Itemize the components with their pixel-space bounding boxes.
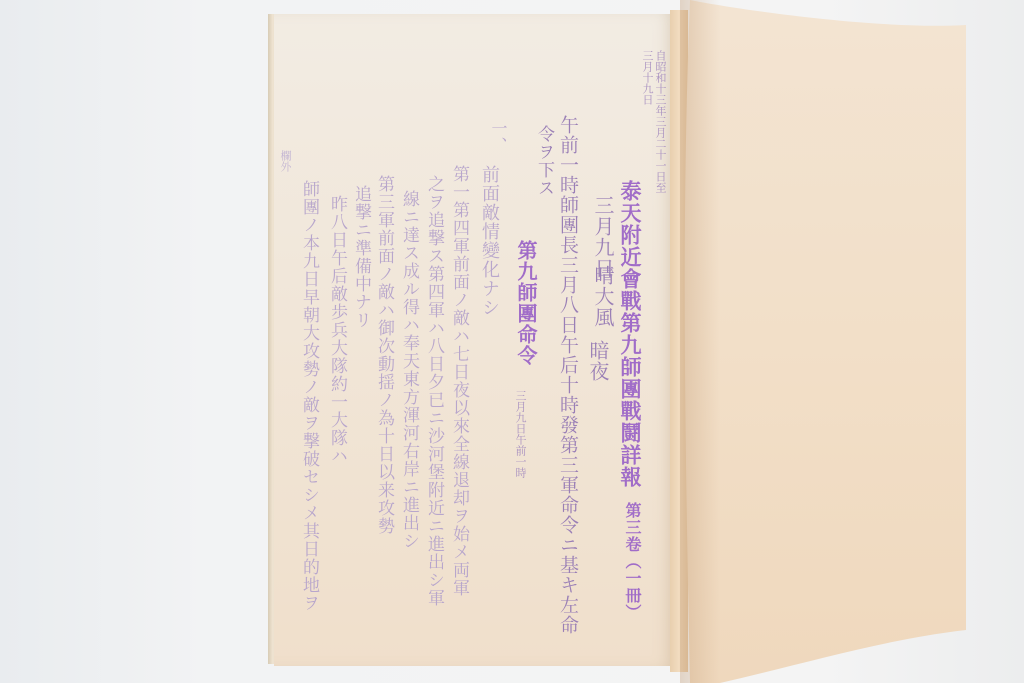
body-line-2: 令ヲ下ス xyxy=(535,125,552,197)
body-line-10: 師團ノ本九日早朝大攻勢ノ敵ヲ撃破セシメ其日的地ヲ xyxy=(300,180,317,612)
handwritten-text-area: 自昭和十三年三月二十一日至 三月十九日 泰天附近會戰第九師團戰鬪詳報 第三卷（一… xyxy=(290,40,675,660)
weather-2: 暗夜 xyxy=(588,340,608,382)
order-time: 三月九日午前一時 xyxy=(515,390,526,478)
open-book: 自昭和十三年三月二十一日至 三月十九日 泰天附近會戰第九師團戰鬪詳報 第三卷（一… xyxy=(0,0,1024,683)
body-line-9: 昨八日午后敵歩兵大隊約一大隊ハ xyxy=(328,195,345,465)
body-line-5: 之ヲ追撃ス第四軍ハ八日夕已ニ沙河堡附近ニ進出シ軍 xyxy=(425,175,442,607)
header-note-2: 三月十九日 xyxy=(642,50,653,105)
weather-1: 晴大風 xyxy=(593,265,613,328)
body-line-8: 追撃ニ準備中ナリ xyxy=(352,185,369,329)
header-note: 自昭和十三年三月二十一日至 xyxy=(655,50,666,193)
body-line-7: 第三軍前面ノ敵ハ御次動揺ノ為十日以来攻勢 xyxy=(375,175,392,535)
right-page-shadow xyxy=(680,0,720,683)
item-number-1: 一、 xyxy=(490,120,506,154)
document-title: 泰天附近會戰第九師團戰鬪詳報 xyxy=(620,180,641,488)
body-line-6: 線ニ達ス成ル得ハ奉天東方渾河右岸ニ進出シ xyxy=(400,190,417,550)
body-line-3: 前面敵情變化ナシ xyxy=(480,165,498,317)
order-heading: 第九師團命令 xyxy=(516,240,536,366)
body-line-1: 午前一時師團長三月八日午后十時發第三軍命令ニ基キ左命 xyxy=(558,115,577,635)
body-line-4: 第一第四軍前面ノ敵ハ七日夜以來全線退却ヲ始メ両軍 xyxy=(450,165,467,597)
volume-label: 第三卷（一冊） xyxy=(624,502,640,621)
margin-note: 欄外 xyxy=(280,150,291,172)
right-page-blank xyxy=(680,0,966,683)
